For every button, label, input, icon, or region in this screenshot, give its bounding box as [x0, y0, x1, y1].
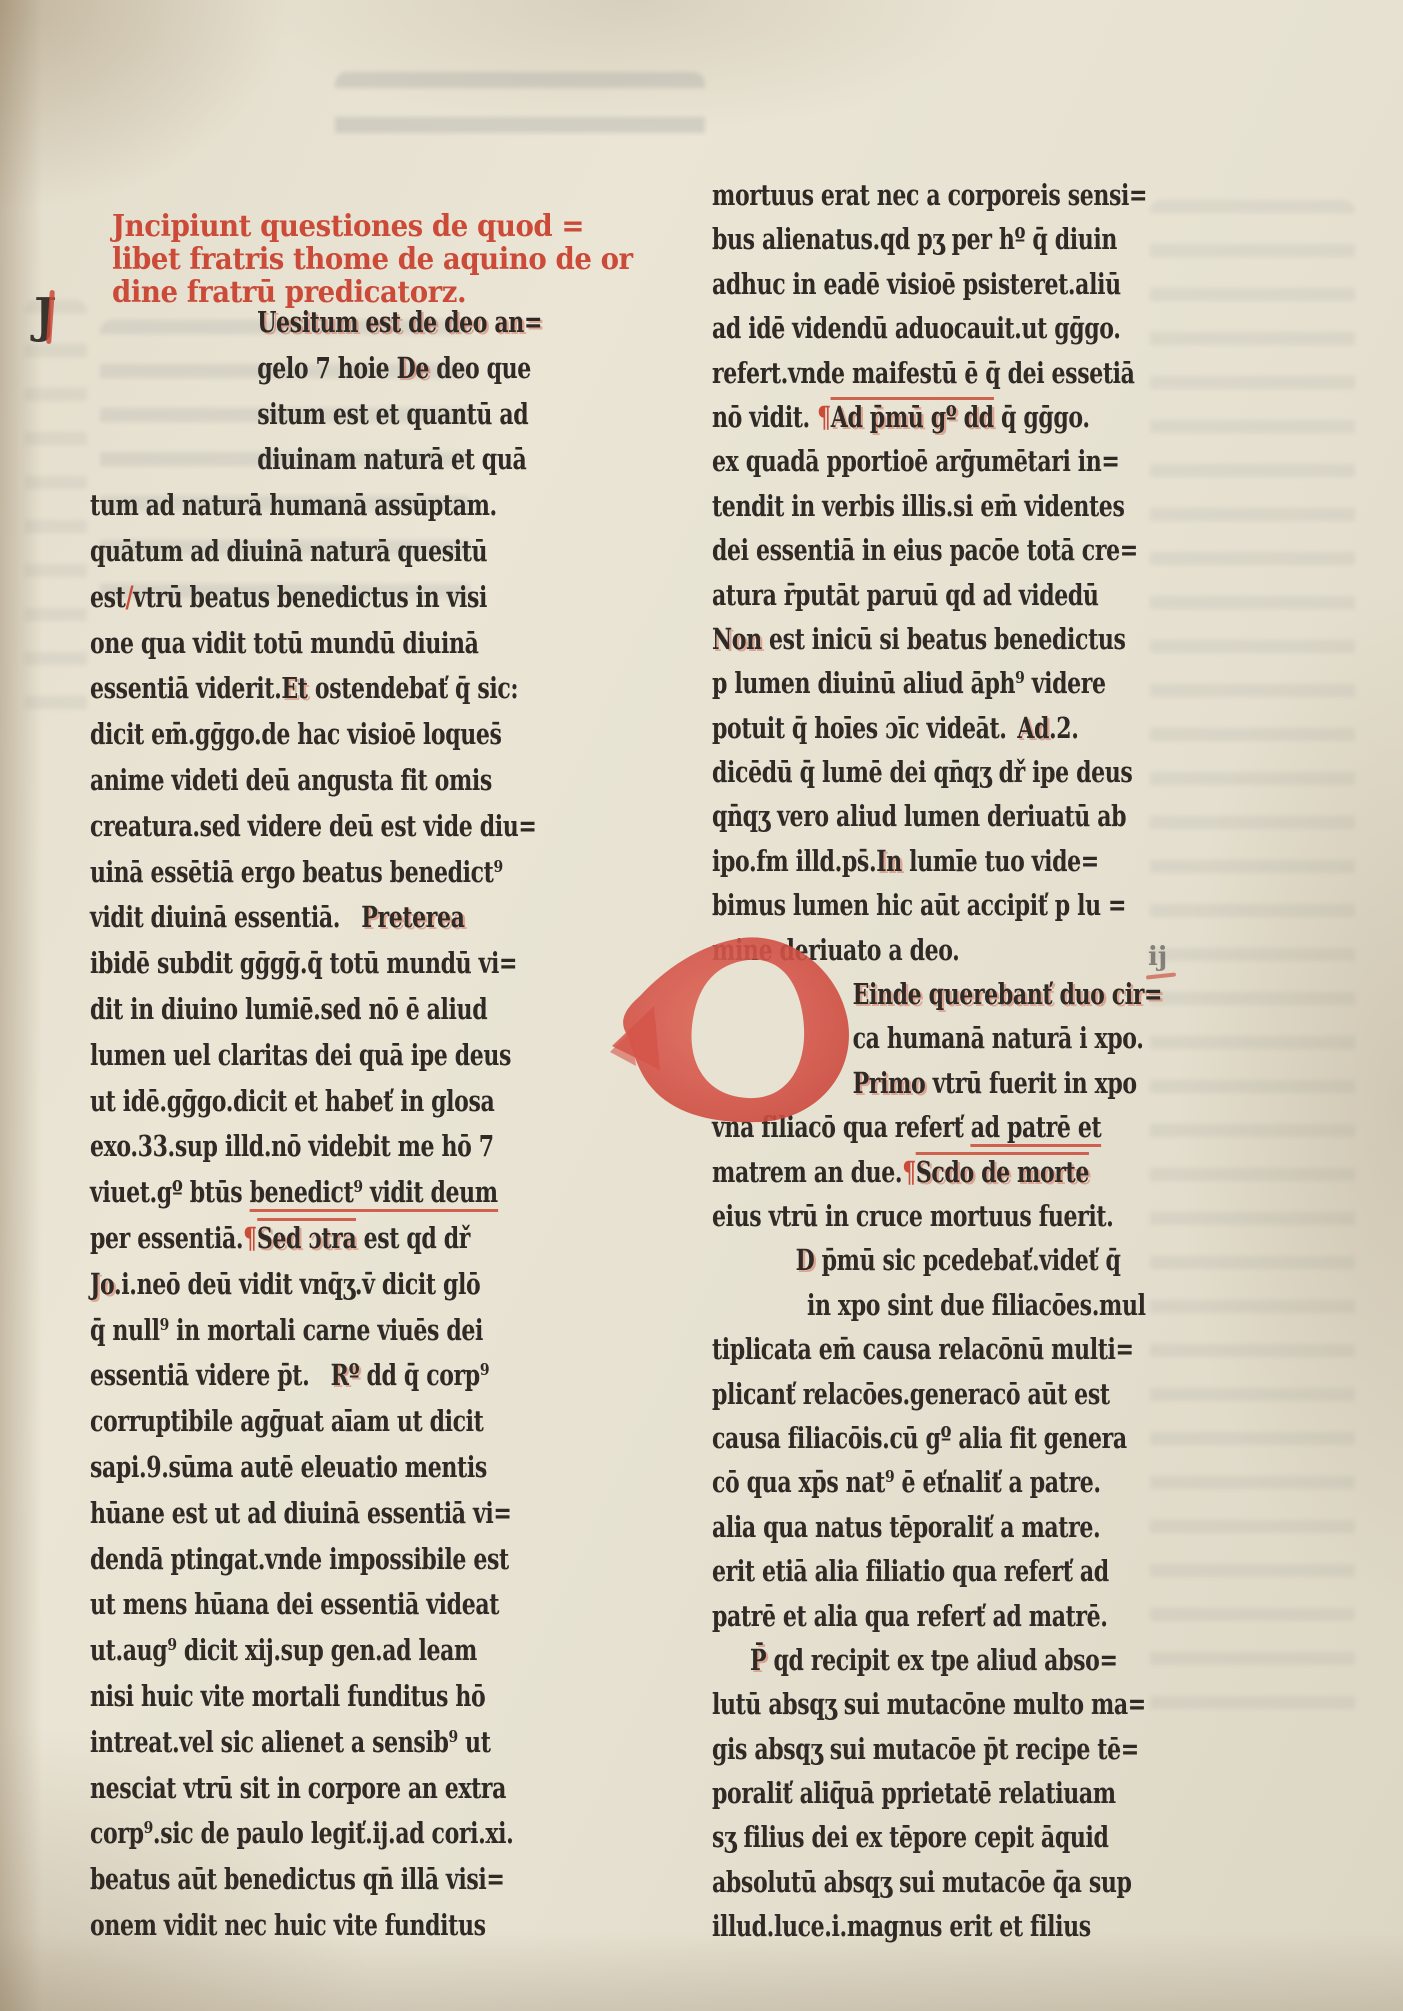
- text-segment: essentiā viderit.: [90, 671, 281, 705]
- text-segment: intreat.vel sic alienet a sensib⁹ ut: [90, 1725, 490, 1759]
- text-segment: De: [397, 351, 429, 385]
- text-line: onem vidit nec huic vite funditus: [90, 1903, 390, 1949]
- text-segment: corp⁹.sic de paulo legiť.ij.ad cori.xi.: [90, 1816, 513, 1850]
- text-segment: nō vidit.: [712, 400, 817, 434]
- text-line: sapi.9.sūma autē eleuatio mentis: [90, 1445, 390, 1491]
- text-segment: dicit em̄.gḡgo.de hac visioē loques̄: [90, 717, 502, 751]
- text-segment: onem vidit nec huic vite funditus: [90, 1908, 486, 1942]
- text-line: eius vtrū in cruce mortuus fuerit.: [712, 1194, 1043, 1238]
- text-segment: situm est et quantū ad: [257, 397, 528, 431]
- text-line: p lumen diuinū aliud āph⁹ videre: [712, 661, 1043, 705]
- text-line: diuinam naturā et quā: [90, 437, 390, 483]
- text-segment: adhuc in eadē visioē psisteret.aliū: [712, 267, 1121, 301]
- text-line: essentiā viderit.Et ostendebať q̄ sic:: [90, 666, 390, 712]
- text-line: situm est et quantū ad: [90, 392, 390, 438]
- text-segment: deo que: [429, 351, 531, 385]
- text-line: potuit q̄ hoīes ɔīc videāt. Ad.2.: [712, 706, 1043, 750]
- text-line: uinā essētiā ergo beatus benedict⁹: [90, 850, 390, 896]
- text-line: ut mens hūana dei essentiā videat: [90, 1582, 390, 1628]
- text-segment: est qd dř: [356, 1221, 470, 1255]
- text-segment: Jo: [90, 1267, 114, 1301]
- text-segment: Sed ɔtra: [257, 1218, 356, 1255]
- text-segment: benedict⁹ vidit deum: [250, 1175, 498, 1212]
- text-segment: Uesitum est de deo an=: [257, 305, 542, 339]
- text-segment: ut mens hūana dei essentiā videat: [90, 1587, 499, 1621]
- text-line: erit etiā alia filiatio qua referť ad: [712, 1549, 1043, 1593]
- text-line: dicit em̄.gḡgo.de hac visioē loques̄: [90, 712, 390, 758]
- text-segment: D: [796, 1243, 815, 1277]
- text-line: hūane est ut ad diuinā essentiā vi=: [90, 1491, 390, 1537]
- text-segment: .i.neō deū vidit vnq̄ʒ.v̄ dicit glō: [114, 1267, 480, 1301]
- text-segment: qn̄qʒ vero aliud lumen deriuatū ab: [712, 799, 1126, 833]
- text-line: dit in diuino lumiē.sed nō ē aliud: [90, 987, 390, 1033]
- text-line: poraliť aliq̄uā pprietatē relatiuam: [712, 1771, 1043, 1815]
- rubric-text: ¶: [817, 400, 831, 434]
- text-segment: dit in diuino lumiē.sed nō ē aliud: [90, 992, 487, 1026]
- text-segment: Ad: [1017, 711, 1049, 745]
- text-line: Non est inicū si beatus benedictus: [712, 617, 1043, 661]
- text-segment: dei essentiā in eius pacōe totā cre=: [712, 533, 1138, 567]
- text-segment: lumen uel claritas dei quā ipe deus: [90, 1038, 511, 1072]
- text-line: plicanť relacōes.generacō aūt est: [712, 1372, 1043, 1416]
- text-line: bimus lumen hic aūt accipiť p lu =: [712, 883, 1043, 927]
- text-segment: illud.luce.i.magnus erit et filius: [712, 1909, 1091, 1943]
- text-line: tiplicata em̄ causa relacōnū multi=: [712, 1327, 1043, 1371]
- text-segment: beatus aūt benedictus qn̄ illā visi=: [90, 1862, 504, 1896]
- rubric-text: ¶: [243, 1221, 257, 1255]
- text-segment: alia qua natus tēporaliť a matre.: [712, 1510, 1100, 1544]
- text-segment: ad idē videndū aduocauit.ut gḡgo.: [712, 311, 1121, 345]
- text-segment: dd q̄ corp⁹: [359, 1358, 489, 1392]
- text-segment: exo.33.sup illd.nō videbit me hō 7: [90, 1129, 494, 1163]
- text-line: alia qua natus tēporaliť a matre.: [712, 1505, 1043, 1549]
- text-segment: p lumen diuinū aliud āph⁹ videre: [712, 666, 1106, 700]
- text-segment: plicanť relacōes.generacō aūt est: [712, 1377, 1110, 1411]
- text-line: nesciat vtrū sit in corpore an extra: [90, 1766, 390, 1812]
- text-segment: q̄ null⁹ in mortali carne viuēs dei: [90, 1313, 483, 1347]
- text-line: exo.33.sup illd.nō videbit me hō 7: [90, 1124, 390, 1170]
- text-line: P̄ qd recipit ex tpe aliud abso=: [712, 1638, 1043, 1682]
- text-line: beatus aūt benedictus qn̄ illā visi=: [90, 1857, 390, 1903]
- text-line: ad idē videndū aduocauit.ut gḡgo.: [712, 306, 1043, 350]
- text-segment: in xpo sint due filiacōes.mul: [807, 1288, 1146, 1322]
- rubric-text: /: [125, 580, 133, 614]
- text-line: per essentiā.¶Sed ɔtra est qd dř: [90, 1216, 390, 1262]
- text-segment: vidit diuinā essentiā.: [90, 900, 361, 934]
- text-segment: one qua vidit totū mundū diuinā: [90, 626, 479, 660]
- text-segment: matrem an due.: [712, 1155, 902, 1189]
- text-line: nisi huic vite mortali funditus hō: [90, 1674, 390, 1720]
- text-segment: dicēdū q̄ lumē dei qn̄qʒ dř ipe deus: [712, 755, 1132, 789]
- text-segment: lumīe tuo vide=: [902, 844, 1099, 878]
- text-line: adhuc in eadē visioē psisteret.aliū: [712, 262, 1043, 306]
- text-segment: ipo.fm illd.ps̄.: [712, 844, 876, 878]
- text-segment: mortuus erat nec a corporeis sensi=: [712, 178, 1147, 212]
- text-segment: uinā essētiā ergo beatus benedict⁹: [90, 855, 503, 889]
- text-line: libet fratris thome de aquino de or: [112, 243, 572, 276]
- text-line: vidit diuinā essentiā. Preterea: [90, 895, 390, 941]
- text-line: mortuus erat nec a corporeis sensi=: [712, 173, 1043, 217]
- text-line: est/vtrū beatus benedictus in visi: [90, 575, 390, 621]
- text-line: absolutū absqʒ sui mutacōe q̄a sup: [712, 1860, 1043, 1904]
- text-line: ipo.fm illd.ps̄.In lumīe tuo vide=: [712, 839, 1043, 883]
- rubric-text: ¶: [902, 1155, 916, 1189]
- text-line: nō vidit. ¶Ad p̄mū gº dd q̄ gḡgo.: [712, 395, 1043, 439]
- text-line: cō qua xp̄s nat⁹ ē eťnaliť a patre.: [712, 1460, 1043, 1504]
- text-segment: potuit q̄ hoīes ɔīc videāt.: [712, 711, 1017, 745]
- text-line: Uesitum est de deo an=: [90, 300, 390, 346]
- text-line: Jncipiunt questiones de quod =: [112, 210, 572, 243]
- text-segment: bus alienatus.qd pʒ per hº q̄ diuin: [712, 222, 1117, 256]
- text-line: corp⁹.sic de paulo legiť.ij.ad cori.xi.: [90, 1811, 390, 1857]
- quire-mark-glyph: ij: [1148, 942, 1167, 972]
- text-segment: hūane est ut ad diuinā essentiā vi=: [90, 1496, 511, 1530]
- text-segment: gis absqʒ sui mutacōe p̄t recipe tē=: [712, 1732, 1139, 1766]
- text-segment: P̄: [750, 1643, 766, 1677]
- text-line: essentiā videre p̄t. Rº dd q̄ corp⁹: [90, 1353, 390, 1399]
- text-line: quātum ad diuinā naturā quesitū: [90, 529, 390, 575]
- text-segment: atura r̄putāt paruū qd ad videdū: [712, 578, 1099, 612]
- text-line: lutū absqʒ sui mutacōne multo ma=: [712, 1682, 1043, 1726]
- text-segment: ibidē subdit gḡgḡ.q̄ totū mundū vi=: [90, 946, 517, 980]
- text-line: bus alienatus.qd pʒ per hº q̄ diuin: [712, 217, 1043, 261]
- text-segment: absolutū absqʒ sui mutacōe q̄a sup: [712, 1865, 1132, 1899]
- text-line: one qua vidit totū mundū diuinā: [90, 621, 390, 667]
- text-line: tum ad naturā humanā assūptam.: [90, 483, 390, 529]
- text-line: gelo 7 hoie De deo que: [90, 346, 390, 392]
- text-segment: nesciat vtrū sit in corpore an extra: [90, 1771, 506, 1805]
- bleed-through-top: [335, 72, 705, 142]
- text-line: q̄ null⁹ in mortali carne viuēs dei: [90, 1308, 390, 1354]
- text-line: in xpo sint due filiacōes.mul: [712, 1283, 1043, 1327]
- text-line: atura r̄putāt paruū qd ad videdū: [712, 573, 1043, 617]
- text-line: tendit in verbis illis.si em̄ videntes: [712, 484, 1043, 528]
- text-line: creatura.sed videre deū est vide diu=: [90, 804, 390, 850]
- text-segment: eius vtrū in cruce mortuus fuerit.: [712, 1199, 1113, 1233]
- text-segment: viuet.gº btūs: [90, 1175, 250, 1209]
- text-segment: corruptibile agḡuat aīam ut dicit: [90, 1404, 483, 1438]
- guide-letter: J: [34, 288, 74, 348]
- text-segment: anime videti deū angusta fit omis: [90, 763, 492, 797]
- text-segment: quātum ad diuinā naturā quesitū: [90, 534, 487, 568]
- text-segment: Rº: [331, 1358, 360, 1392]
- text-segment: per essentiā.: [90, 1221, 243, 1255]
- text-line: lumen uel claritas dei quā ipe deus: [90, 1033, 390, 1079]
- text-segment: est inicū si beatus benedictus: [762, 622, 1126, 656]
- text-segment: lutū absqʒ sui mutacōne multo ma=: [712, 1687, 1146, 1721]
- text-segment: .2.: [1049, 711, 1079, 745]
- text-segment: diuinam naturā et quā: [257, 442, 526, 476]
- text-segment: tum ad naturā humanā assūptam.: [90, 488, 497, 522]
- text-line: patrē et alia qua referť ad matrē.: [712, 1594, 1043, 1638]
- text-segment: erit etiā alia filiatio qua referť ad: [712, 1554, 1109, 1588]
- text-segment: dendā ptingat.vnde impossibile est: [90, 1542, 509, 1576]
- text-segment: ut.aug⁹ dicit xij.sup gen.ad leam: [90, 1633, 477, 1667]
- text-segment: est: [90, 580, 125, 614]
- text-segment: Preterea: [361, 900, 464, 934]
- text-segment: creatura.sed videre deū est vide diu=: [90, 809, 536, 843]
- text-segment: gelo 7 hoie: [257, 351, 396, 385]
- text-line: dicēdū q̄ lumē dei qn̄qʒ dř ipe deus: [712, 750, 1043, 794]
- initial-D: [608, 926, 864, 1130]
- text-line: illud.luce.i.magnus erit et filius: [712, 1904, 1043, 1948]
- text-segment: qd recipit ex tpe aliud abso=: [766, 1643, 1117, 1677]
- text-segment: ex quadā pportioē arḡumētari in=: [712, 444, 1120, 478]
- text-segment: causa filiacōis.cū gº alia fit genera: [712, 1421, 1127, 1455]
- rubric-text: libet fratris thome de aquino de or: [112, 242, 633, 277]
- text-segment: refert.vnde maifestū ē q̄ dei essetiā: [712, 356, 1135, 390]
- text-segment: tendit in verbis illis.si em̄ videntes: [712, 489, 1124, 523]
- rubric-heading: Jncipiunt questiones de quod =libet frat…: [112, 210, 612, 309]
- rubric-text: Jncipiunt questiones de quod =: [112, 209, 584, 244]
- text-segment: nisi huic vite mortali funditus hō: [90, 1679, 485, 1713]
- text-segment: vtrū beatus benedictus in visi: [133, 580, 487, 614]
- text-segment: Et: [281, 671, 307, 705]
- text-segment: tiplicata em̄ causa relacōnū multi=: [712, 1332, 1134, 1366]
- text-segment: Non: [712, 622, 762, 656]
- text-segment: ad patrē et: [971, 1110, 1102, 1147]
- bleed-through-right-margin: [1150, 200, 1355, 1720]
- text-line: dei essentiā in eius pacōe totā cre=: [712, 528, 1043, 572]
- text-segment: bimus lumen hic aūt accipiť p lu =: [712, 888, 1126, 922]
- text-line: ex quadā pportioē arḡumētari in=: [712, 439, 1043, 483]
- initial-D-shape: [608, 926, 864, 1130]
- text-segment: q̄ gḡgo.: [994, 400, 1090, 434]
- text-line: causa filiacōis.cū gº alia fit genera: [712, 1416, 1043, 1460]
- quire-mark: ij: [1148, 942, 1167, 972]
- text-segment: vtrū fuerit in xpo: [925, 1066, 1136, 1100]
- text-line: D p̄mū sic pcedebať.videť q̄: [712, 1238, 1043, 1282]
- text-segment: In: [876, 844, 902, 878]
- text-line: Jo.i.neō deū vidit vnq̄ʒ.v̄ dicit glō: [90, 1262, 390, 1308]
- text-segment: Scdo de morte: [916, 1152, 1089, 1189]
- text-line: refert.vnde maifestū ē q̄ dei essetiā: [712, 351, 1043, 395]
- text-segment: p̄mū sic pcedebať.videť q̄: [814, 1243, 1120, 1277]
- text-segment: sʒ filius dei ex tēpore cepit āquid: [712, 1820, 1109, 1854]
- text-line: matrem an due.¶Scdo de morte: [712, 1150, 1043, 1194]
- text-line: gis absqʒ sui mutacōe p̄t recipe tē=: [712, 1727, 1043, 1771]
- text-line: sʒ filius dei ex tēpore cepit āquid: [712, 1815, 1043, 1859]
- text-segment: cō qua xp̄s nat⁹ ē eťnaliť a patre.: [712, 1465, 1101, 1499]
- text-line: ut.aug⁹ dicit xij.sup gen.ad leam: [90, 1628, 390, 1674]
- text-line: qn̄qʒ vero aliud lumen deriuatū ab: [712, 794, 1043, 838]
- text-line: anime videti deū angusta fit omis: [90, 758, 390, 804]
- text-segment: Ad p̄mū gº dd: [831, 397, 994, 434]
- text-line: ut idē.gḡgo.dicit et habeť in glosa: [90, 1079, 390, 1125]
- text-line: dendā ptingat.vnde impossibile est: [90, 1537, 390, 1583]
- text-segment: patrē et alia qua referť ad matrē.: [712, 1599, 1108, 1633]
- manuscript-page: Jncipiunt questiones de quod =libet frat…: [0, 0, 1403, 2011]
- text-line: ibidē subdit gḡgḡ.q̄ totū mundū vi=: [90, 941, 390, 987]
- text-line: viuet.gº btūs benedict⁹ vidit deum: [90, 1170, 390, 1216]
- bleed-through-left-margin: [25, 300, 87, 720]
- text-line: intreat.vel sic alienet a sensib⁹ ut: [90, 1720, 390, 1766]
- text-column-left: Uesitum est de deo an=gelo 7 hoie De deo…: [90, 300, 485, 1949]
- text-segment: ostendebať q̄ sic:: [308, 671, 519, 705]
- text-segment: ca humanā naturā i xpo.: [853, 1021, 1144, 1055]
- text-segment: ut idē.gḡgo.dicit et habeť in glosa: [90, 1084, 494, 1118]
- text-segment: Einde querebanť duo cir=: [853, 977, 1163, 1011]
- text-segment: poraliť aliq̄uā pprietatē relatiuam: [712, 1776, 1116, 1810]
- text-segment: essentiā videre p̄t.: [90, 1358, 331, 1392]
- text-segment: sapi.9.sūma autē eleuatio mentis: [90, 1450, 487, 1484]
- text-line: corruptibile agḡuat aīam ut dicit: [90, 1399, 390, 1445]
